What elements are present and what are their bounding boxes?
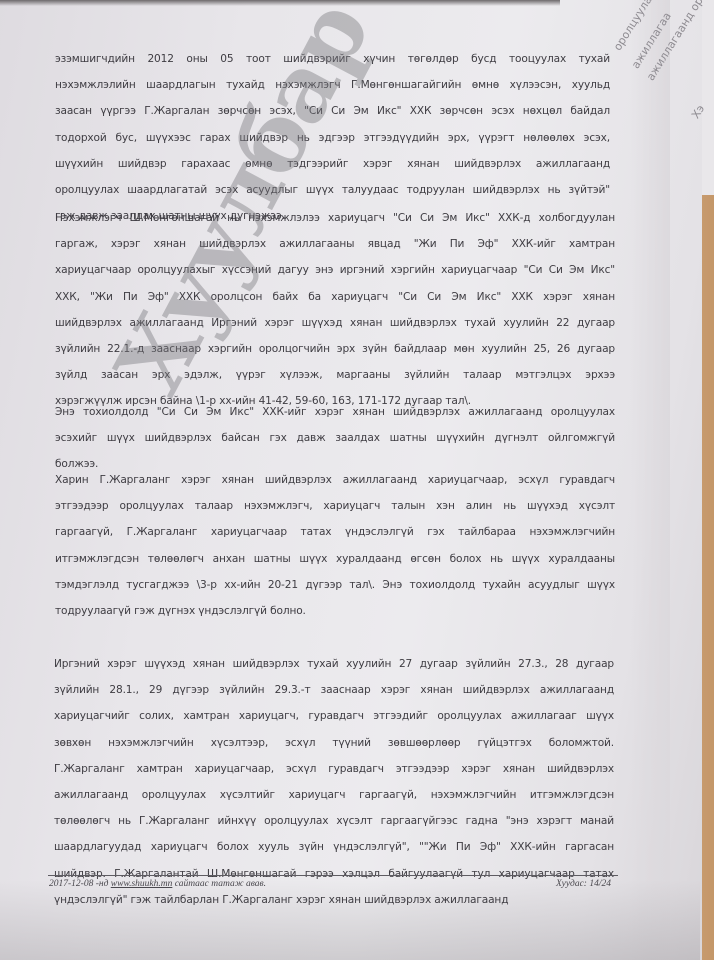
page-number: Хуудас: 14/24 (556, 879, 611, 889)
text-line: ажиллагаанд оролцуулах хүсэлтийг хариуца… (54, 782, 614, 808)
text-line: Иргэний хэрэг шүүхэд хянан шийдвэрлэх ту… (54, 651, 614, 677)
text-line: төлөөлөгч нь Г.Жаргаланг ийнхүү оролцуул… (54, 808, 614, 834)
paragraph: Харин Г.Жаргаланг хэрэг хянан шийдвэрлэх… (55, 467, 615, 624)
text-line: итгэмжлэгдсэн төлөөлөгч анхан шатны шүүх… (55, 546, 615, 572)
paragraph: Энэ тохиолдолд "Си Си Эм Икс" ХХК-ийг хэ… (55, 399, 615, 478)
page-edge-shade (630, 0, 670, 960)
footer-date: 2017-12-08 -нд (49, 879, 111, 889)
text-line: эсэхийг шүүх шийдвэрлэх байсан гэх давж … (55, 425, 615, 451)
text-line: тодруулаагүй гэж дүгнэх үндэслэлгүй болн… (55, 598, 615, 624)
footer-divider (48, 875, 618, 876)
top-shadow (0, 0, 560, 6)
text-line: зөвхөн нэхэмжлэгчийн хүсэлтээр, эсхүл тү… (54, 730, 614, 756)
footer-suffix: сайтаас татаж авав. (172, 879, 266, 889)
text-line: Нэхэмжлэгч Ш.Мөнгөншагай нь нэхэмжлэлээ … (55, 205, 615, 231)
text-line: шүүхийн шийдвэр гарахаас өмнө тэдгээрийг… (55, 151, 610, 177)
text-line: тэмдэглэлд тусгагджээ \3-р хх-ийн 20-21 … (55, 572, 615, 598)
text-line: этгээдээр оролцуулах талаар нэхэмжлэгч, … (55, 493, 615, 519)
text-line: зүйлийн 28.1., 29 дүгээр зүйлийн 29.3.-т… (54, 677, 614, 703)
text-line: гаргаж, хэрэг хянан шийдвэрлэх ажиллагаа… (55, 231, 615, 257)
text-line: оролцуулах шаардлагатай эсэх асуудлыг шү… (55, 177, 610, 203)
footer-link[interactable]: www.shuukh.mn (111, 879, 173, 889)
text-line: гаргаагүй, Г.Жаргаланг хариуцагчаар тата… (55, 519, 615, 545)
text-line: үндэслэлгүй" гэж тайлбарлан Г.Жаргаланг … (54, 887, 614, 913)
footer-source: 2017-12-08 -нд www.shuukh.mn сайтаас тат… (49, 879, 266, 889)
text-line: Г.Жаргаланг хамтран хариуцагчаар, эсхүл … (54, 756, 614, 782)
text-line: шаардлагуудад хариуцагч болох хууль зүйн… (54, 834, 614, 860)
text-line: Энэ тохиолдолд "Си Си Эм Икс" ХХК-ийг хэ… (55, 399, 615, 425)
photo-scene: оролцуула ажиллагаа ажиллагаанд ор Хэ эз… (0, 0, 714, 960)
text-line: хариуцагчийг солих, хамтран хариуцагч, г… (54, 703, 614, 729)
paragraph: Иргэний хэрэг шүүхэд хянан шийдвэрлэх ту… (54, 651, 614, 913)
text-line: Харин Г.Жаргаланг хэрэг хянан шийдвэрлэх… (55, 467, 615, 493)
